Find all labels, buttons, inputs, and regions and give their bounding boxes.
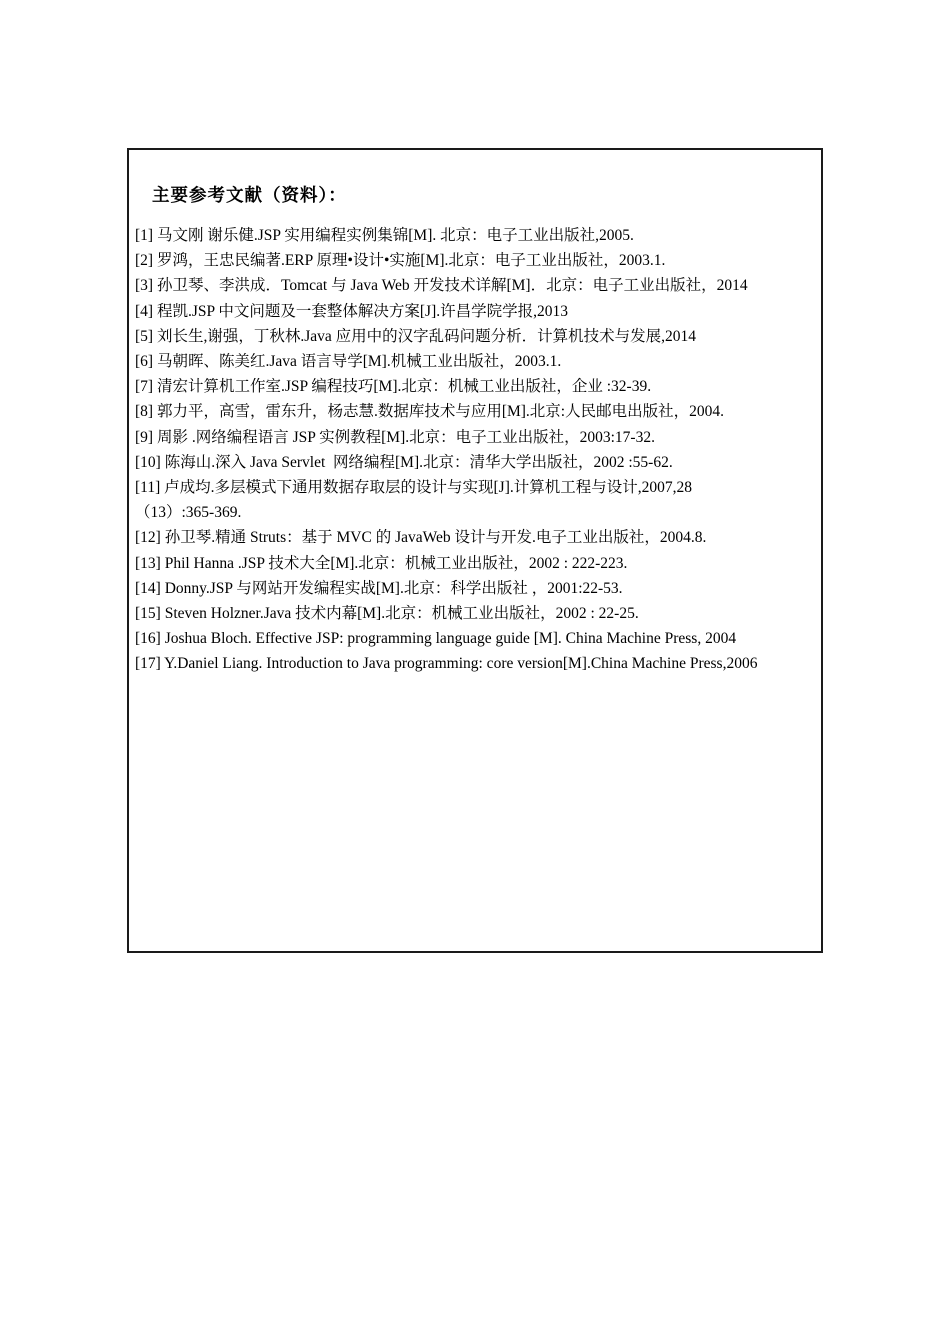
reference-item: [12] 孙卫琴.精通 Struts：基于 MVC 的 JavaWeb 设计与开… — [135, 525, 813, 550]
reference-item: [17] Y.Daniel Liang. Introduction to Jav… — [135, 651, 813, 676]
references-list: [1] 马文刚 谢乐健.JSP 实用编程实例集锦[M]. 北京：电子工业出版社,… — [135, 223, 813, 677]
reference-item: [16] Joshua Bloch. Effective JSP: progra… — [135, 626, 813, 651]
reference-item: [6] 马朝晖、陈美红.Java 语言导学[M].机械工业出版社，2003.1. — [135, 349, 813, 374]
reference-item: [8] 郭力平，高雪，雷东升，杨志慧.数据库技术与应用[M].北京:人民邮电出版… — [135, 399, 813, 424]
reference-item: [11] 卢成均.多层模式下通用数据存取层的设计与实现[J].计算机工程与设计,… — [135, 475, 813, 525]
reference-item: [3] 孙卫琴、李洪成．Tomcat 与 Java Web 开发技术详解[M]．… — [135, 273, 813, 298]
references-form-box: 主要参考文献（资料）： [1] 马文刚 谢乐健.JSP 实用编程实例集锦[M].… — [127, 148, 823, 953]
reference-item: [1] 马文刚 谢乐健.JSP 实用编程实例集锦[M]. 北京：电子工业出版社,… — [135, 223, 813, 248]
reference-item: [7] 清宏计算机工作室.JSP 编程技巧[M].北京：机械工业出版社，企业 :… — [135, 374, 813, 399]
reference-item: [10] 陈海山.深入 Java Servlet 网络编程[M].北京：清华大学… — [135, 450, 813, 475]
reference-item: [13] Phil Hanna .JSP 技术大全[M].北京：机械工业出版社，… — [135, 551, 813, 576]
reference-item: [4] 程凯.JSP 中文问题及一套整体解决方案[J].许昌学院学报,2013 — [135, 299, 813, 324]
reference-item: [14] Donny.JSP 与网站开发编程实战[M].北京：科学出版社 ，20… — [135, 576, 813, 601]
reference-item: [2] 罗鸿，王忠民编著.ERP 原理•设计•实施[M].北京：电子工业出版社，… — [135, 248, 813, 273]
reference-item: [5] 刘长生,谢强，丁秋林.Java 应用中的汉字乱码问题分析．计算机技术与发… — [135, 324, 813, 349]
reference-item: [9] 周影 .网络编程语言 JSP 实例教程[M].北京：电子工业出版社，20… — [135, 425, 813, 450]
reference-item: [15] Steven Holzner.Java 技术内幕[M].北京：机械工业… — [135, 601, 813, 626]
references-heading: 主要参考文献（资料）： — [152, 184, 821, 206]
